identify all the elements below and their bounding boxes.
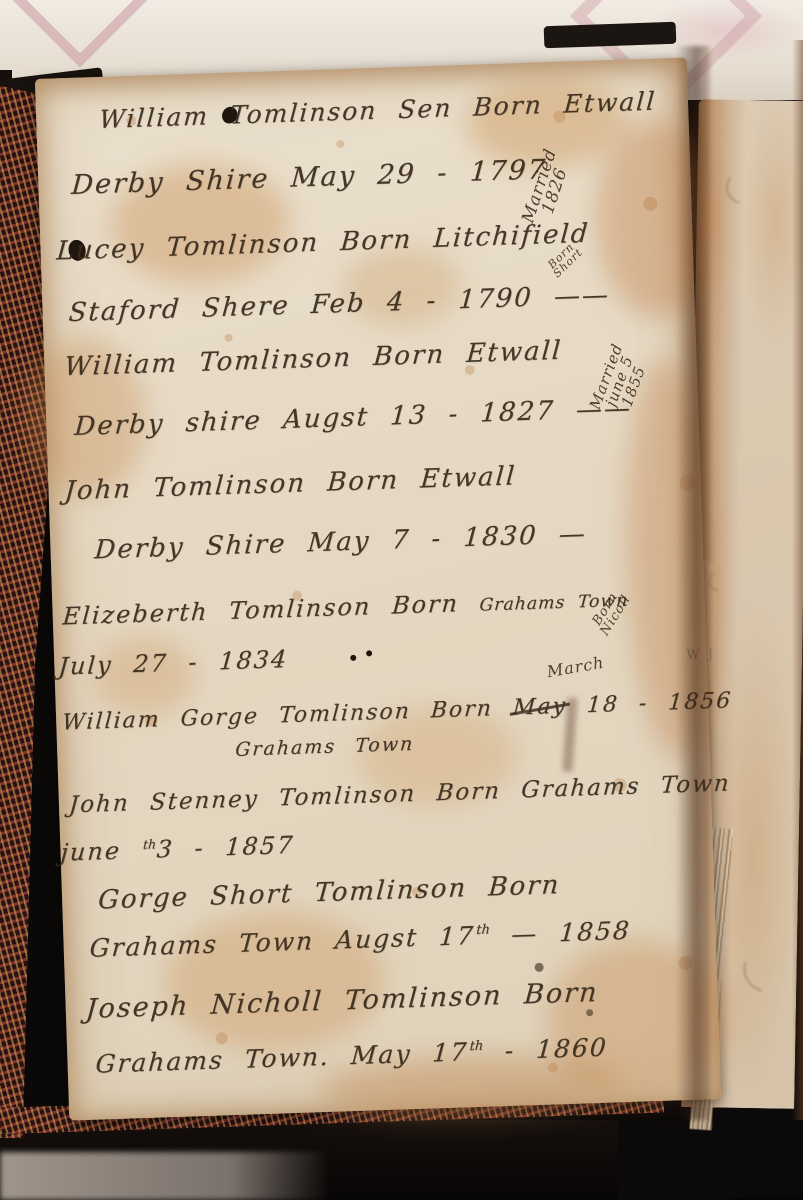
floor-patch-bottom-left	[0, 1152, 330, 1200]
floor-tile-diamond	[6, 0, 153, 68]
register-text-segment: Grahams Town	[234, 733, 415, 761]
register-line: june th3 - 1857	[60, 831, 296, 867]
register-line: Gorge Short Tomlinson Born	[97, 870, 561, 915]
register-text-segment: Derby shire Augst 13 - 1827 ——	[73, 393, 633, 442]
marginal-note: March	[546, 655, 606, 680]
register-text-segment: - 1860	[483, 1033, 609, 1066]
register-text-segment: William Tomlinson Sen Born Etwall	[98, 86, 657, 134]
register-text-segment: May	[512, 694, 568, 721]
register-line: Joseph Nicholl Tomlinson Born	[85, 977, 600, 1025]
register-text-segment: Joseph Nicholl Tomlinson Born	[85, 977, 600, 1025]
register-page-text: William Tomlinson Sen Born EtwallDerby S…	[35, 57, 721, 1120]
register-text-segment: — 1858	[489, 916, 632, 950]
register-text-segment: William Tomlinson Born Etwall	[63, 336, 563, 383]
register-line: Derby shire Augst 13 - 1827 ——	[73, 393, 633, 442]
register-line: John Stenney Tomlinson Born Grahams Town	[68, 770, 731, 818]
register-text-segment: July 27 - 1834	[57, 645, 289, 681]
register-text-segment: th	[476, 923, 491, 938]
page-gutter-shadow	[676, 46, 710, 1120]
register-text-segment: Grahams Town Augst 17	[89, 921, 476, 963]
register-text-segment: Derby Shire May 29 - 1797	[70, 154, 548, 201]
register-line: William Gorge Tomlinson Born May 18 - 18…	[61, 688, 733, 735]
register-line: Derby Shire May 29 - 1797	[70, 154, 548, 201]
register-line: John Tomlinson Born Etwall	[64, 461, 518, 506]
register-page: William Tomlinson Sen Born EtwallDerby S…	[35, 57, 721, 1120]
register-line: Derby Shire May 7 - 1830 —	[93, 519, 587, 565]
register-text-segment: John Stenney Tomlinson Born Grahams Town	[68, 770, 731, 818]
register-text-segment: Lucey Tomlinson Born Litchifield	[56, 219, 591, 267]
photo-of-family-register: William Tomlinson Sen Born EtwallDerby S…	[0, 0, 803, 1200]
register-text-segment: june	[60, 836, 143, 867]
register-line: Grahams Town Augst 17th — 1858	[89, 916, 632, 963]
register-text-segment: th	[469, 1039, 484, 1054]
register-line: Grahams Town. May 17th - 1860	[95, 1033, 609, 1079]
register-text-segment: Staford Shere Feb 4 - 1790 ——	[68, 280, 611, 328]
marginal-note-line: March	[546, 655, 606, 680]
register-line: William Tomlinson Sen Born Etwall	[98, 86, 657, 134]
book-spine-top	[544, 22, 677, 49]
register-line: Elizeberth Tomlinson Born Grahams Town	[62, 584, 630, 631]
marginal-note: Marriedjune 51855	[588, 342, 652, 421]
register-text-segment: th	[143, 836, 157, 851]
register-text-segment: Grahams Town. May 17	[95, 1037, 470, 1078]
register-line: Staford Shere Feb 4 - 1790 ——	[68, 280, 611, 328]
register-text-segment: John Tomlinson Born Etwall	[64, 461, 518, 506]
register-line: William Tomlinson Born Etwall	[63, 336, 563, 383]
register-line: Lucey Tomlinson Born Litchifield	[56, 219, 591, 267]
register-text-segment: Derby Shire May 7 - 1830 —	[93, 519, 587, 565]
register-text-segment: Elizeberth Tomlinson Born	[62, 589, 481, 631]
register-text-segment: Gorge Short Tomlinson Born	[97, 870, 561, 915]
register-text-segment: William Gorge Tomlinson Born	[61, 696, 513, 736]
register-line: Grahams Town	[234, 733, 415, 761]
register-line: July 27 - 1834	[57, 645, 289, 681]
register-text-segment: 3 - 1857	[156, 831, 296, 864]
